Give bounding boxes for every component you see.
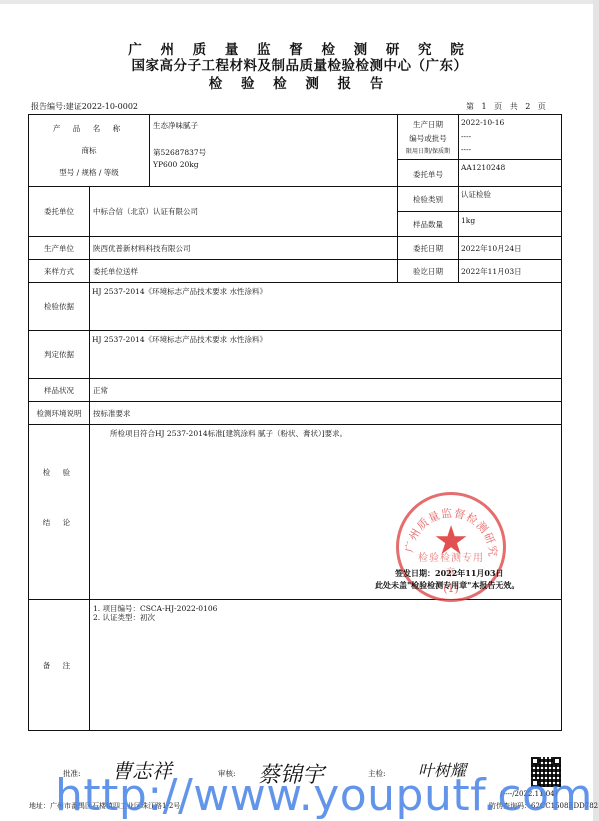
report-table: 产 品 名 称 商标 型号 / 规格 / 等级 生态净味腻子 第52687837… xyxy=(28,114,562,731)
conclusion-label-1: 检 验 xyxy=(29,467,89,478)
batch-label: 编号或批号 xyxy=(398,133,458,144)
entrust-date-label: 委托日期 xyxy=(397,237,458,259)
product-labels: 产 品 名 称 商标 型号 / 规格 / 等级 xyxy=(29,115,149,186)
date-values: 2022-10-16 ---- ---- AA1210248 xyxy=(458,115,561,186)
conclusion-label-2: 结 论 xyxy=(29,517,89,528)
prod-date-label: 生产日期 xyxy=(398,119,458,130)
test-type-label: 检验类别 xyxy=(398,187,458,212)
test-meta-labels: 检验类别 样品数量 xyxy=(397,187,458,236)
test-basis-row: 检验依据 HJ 2537-2014《环境标志产品技术要求 水性涂料》 xyxy=(29,283,561,331)
conclusion-labels: 检 验 结 论 xyxy=(29,425,89,599)
remark-line: 2. 认证类型：初次 xyxy=(93,613,558,622)
expiry-label: 限用日期/保质期 xyxy=(398,146,458,155)
environment-label: 检测环境说明 xyxy=(29,402,89,424)
complete-date-label: 验讫日期 xyxy=(397,260,458,282)
client-label: 委托单位 xyxy=(29,187,89,236)
conclusion-text: 所检项目符合HJ 2537-2014标准[建筑涂料 腻子（粉状、膏状）]要求。 xyxy=(110,428,347,439)
product-name-value: 生态净味腻子 xyxy=(153,120,198,131)
remarks-body: 1. 项目编号：CSCA-HJ-2022-0106 2. 认证类型：初次 xyxy=(89,600,561,730)
scrollbar-track[interactable] xyxy=(593,0,599,821)
sampling-value: 委托单位送样 xyxy=(89,260,397,282)
manufacturer-value: 陕西优普新材料科技有限公司 xyxy=(89,237,397,259)
sample-condition-row: 样品状况 正常 xyxy=(29,379,561,402)
environment-value: 按标准要求 xyxy=(89,402,561,424)
entrust-date-value: 2022年10月24日 xyxy=(458,237,561,259)
sample-qty-label: 样品数量 xyxy=(398,212,458,237)
center-title: 国家高分子工程材料及制品质量检验检测中心（广东） xyxy=(0,54,599,74)
judge-basis-value: HJ 2537-2014《环境标志产品技术要求 水性涂料》 xyxy=(89,331,561,378)
test-meta-values: 认证检验 1kg xyxy=(458,187,561,236)
manufacturer-row: 生产单位 陕西优普新材料科技有限公司 委托日期 2022年10月24日 xyxy=(29,237,561,260)
order-no-label: 委托单号 xyxy=(398,159,458,188)
test-basis-label: 检验依据 xyxy=(29,283,89,330)
model-label: 型号 / 规格 / 等级 xyxy=(29,167,149,178)
prod-date-value: 2022-10-16 xyxy=(461,118,504,127)
brand-value: 第52687837号 xyxy=(153,147,206,158)
expiry-value: ---- xyxy=(461,145,471,154)
environment-row: 检测环境说明 按标准要求 xyxy=(29,402,561,425)
judge-basis-row: 判定依据 HJ 2537-2014《环境标志产品技术要求 水性涂料》 xyxy=(29,331,561,379)
remarks-label: 备 注 xyxy=(29,600,89,730)
product-name-label: 产 品 名 称 xyxy=(29,123,149,134)
date-labels: 生产日期 编号或批号 限用日期/保质期 委托单号 xyxy=(397,115,458,186)
client-row: 委托单位 中标合信（北京）认证有限公司 检验类别 样品数量 认证检验 1kg xyxy=(29,187,561,237)
manufacturer-label: 生产单位 xyxy=(29,237,89,259)
sample-condition-label: 样品状况 xyxy=(29,379,89,401)
test-type-value: 认证检验 xyxy=(459,187,561,212)
stamp-notice: 此处未盖"检验检测专用章"本报告无效。 xyxy=(375,580,519,591)
sample-qty-value: 1kg xyxy=(459,212,561,237)
order-no-value: AA1210248 xyxy=(459,159,561,187)
remark-line: 1. 项目编号：CSCA-HJ-2022-0106 xyxy=(93,604,558,613)
page-indicator: 第 1 页 共 2 页 xyxy=(466,101,547,112)
complete-date-value: 2022年11月03日 xyxy=(458,260,561,282)
judge-basis-label: 判定依据 xyxy=(29,331,89,378)
report-title: 检 验 检 测 报 告 xyxy=(0,72,599,92)
sampling-label: 来样方式 xyxy=(29,260,89,282)
test-basis-value: HJ 2537-2014《环境标志产品技术要求 水性涂料》 xyxy=(89,283,561,330)
brand-label: 商标 xyxy=(29,145,149,156)
product-row: 产 品 名 称 商标 型号 / 规格 / 等级 生态净味腻子 第52687837… xyxy=(29,115,561,187)
product-values: 生态净味腻子 第52687837号 YP600 20kg xyxy=(149,115,397,186)
client-value: 中标合信（北京）认证有限公司 xyxy=(89,187,397,236)
top-bar xyxy=(0,0,599,4)
report-number: 报告编号:建证2022-10-0002 xyxy=(31,101,138,112)
remarks-row: 备 注 1. 项目编号：CSCA-HJ-2022-0106 2. 认证类型：初次 xyxy=(29,600,561,730)
batch-value: ---- xyxy=(461,132,471,141)
issue-date: 签发日期：2022年11月03日 xyxy=(395,568,504,579)
sample-condition-value: 正常 xyxy=(89,379,561,401)
model-value: YP600 20kg xyxy=(153,160,199,169)
watermark: http://www.youputf.com xyxy=(55,770,593,821)
sampling-row: 来样方式 委托单位送样 验讫日期 2022年11月03日 xyxy=(29,260,561,283)
